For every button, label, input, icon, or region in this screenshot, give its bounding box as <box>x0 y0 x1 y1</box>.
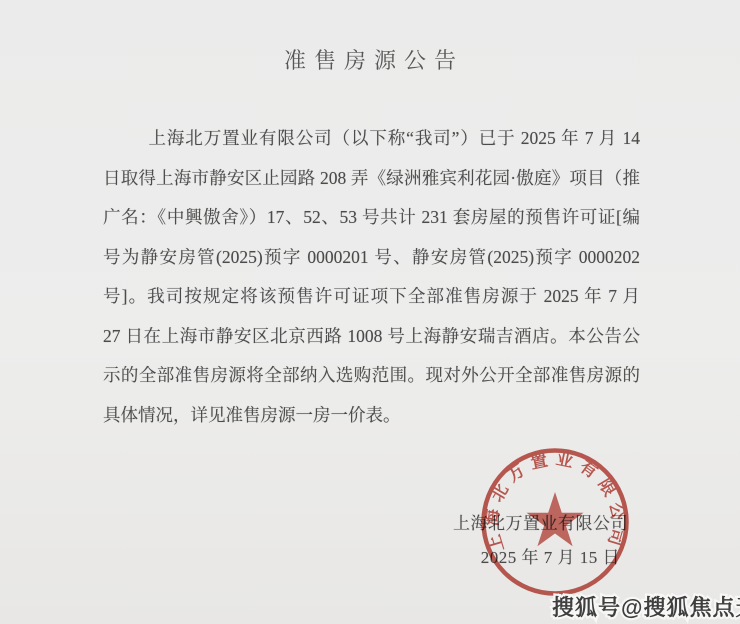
announcement-body: 上海北万置业有限公司（以下称“我司”）已于 2025 年 7 月 14 日取得上… <box>103 119 640 435</box>
body-line: 具体情况，详见准售房源一房一价表。 <box>103 396 640 436</box>
body-line: 号]。我司按规定将该预售许可证项下全部准售房源于 2025 年 7 月 <box>103 277 640 317</box>
body-line: 号为静安房管(2025)预字 0000201 号、静安房管(2025)预字 00… <box>103 238 640 278</box>
body-line: 日取得上海市静安区止园路 208 弄《绿洲雅宾利花园·傲庭》项目（推 <box>103 159 640 199</box>
body-line: 示的全部准售房源将全部纳入选购范围。现对外公开全部准售房源的 <box>103 356 640 396</box>
company-seal: 上海北万置业有限公司 <box>478 445 632 599</box>
star-icon <box>527 492 584 546</box>
body-line: 27 日在上海市静安区北京西路 1008 号上海静安瑞吉酒店。本公告公 <box>103 317 640 357</box>
body-line: 上海北万置业有限公司（以下称“我司”）已于 2025 年 7 月 14 <box>103 119 640 159</box>
body-line: 广名：《中興傲舍》）17、52、53 号共计 231 套房屋的预售许可证[编 <box>103 198 640 238</box>
announcement-page: 准售房源公告 上海北万置业有限公司（以下称“我司”）已于 2025 年 7 月 … <box>0 0 740 624</box>
watermark-sohu-badge: 搜狐号@搜狐焦点天门站 <box>552 591 740 622</box>
page-title: 准售房源公告 <box>0 44 740 75</box>
